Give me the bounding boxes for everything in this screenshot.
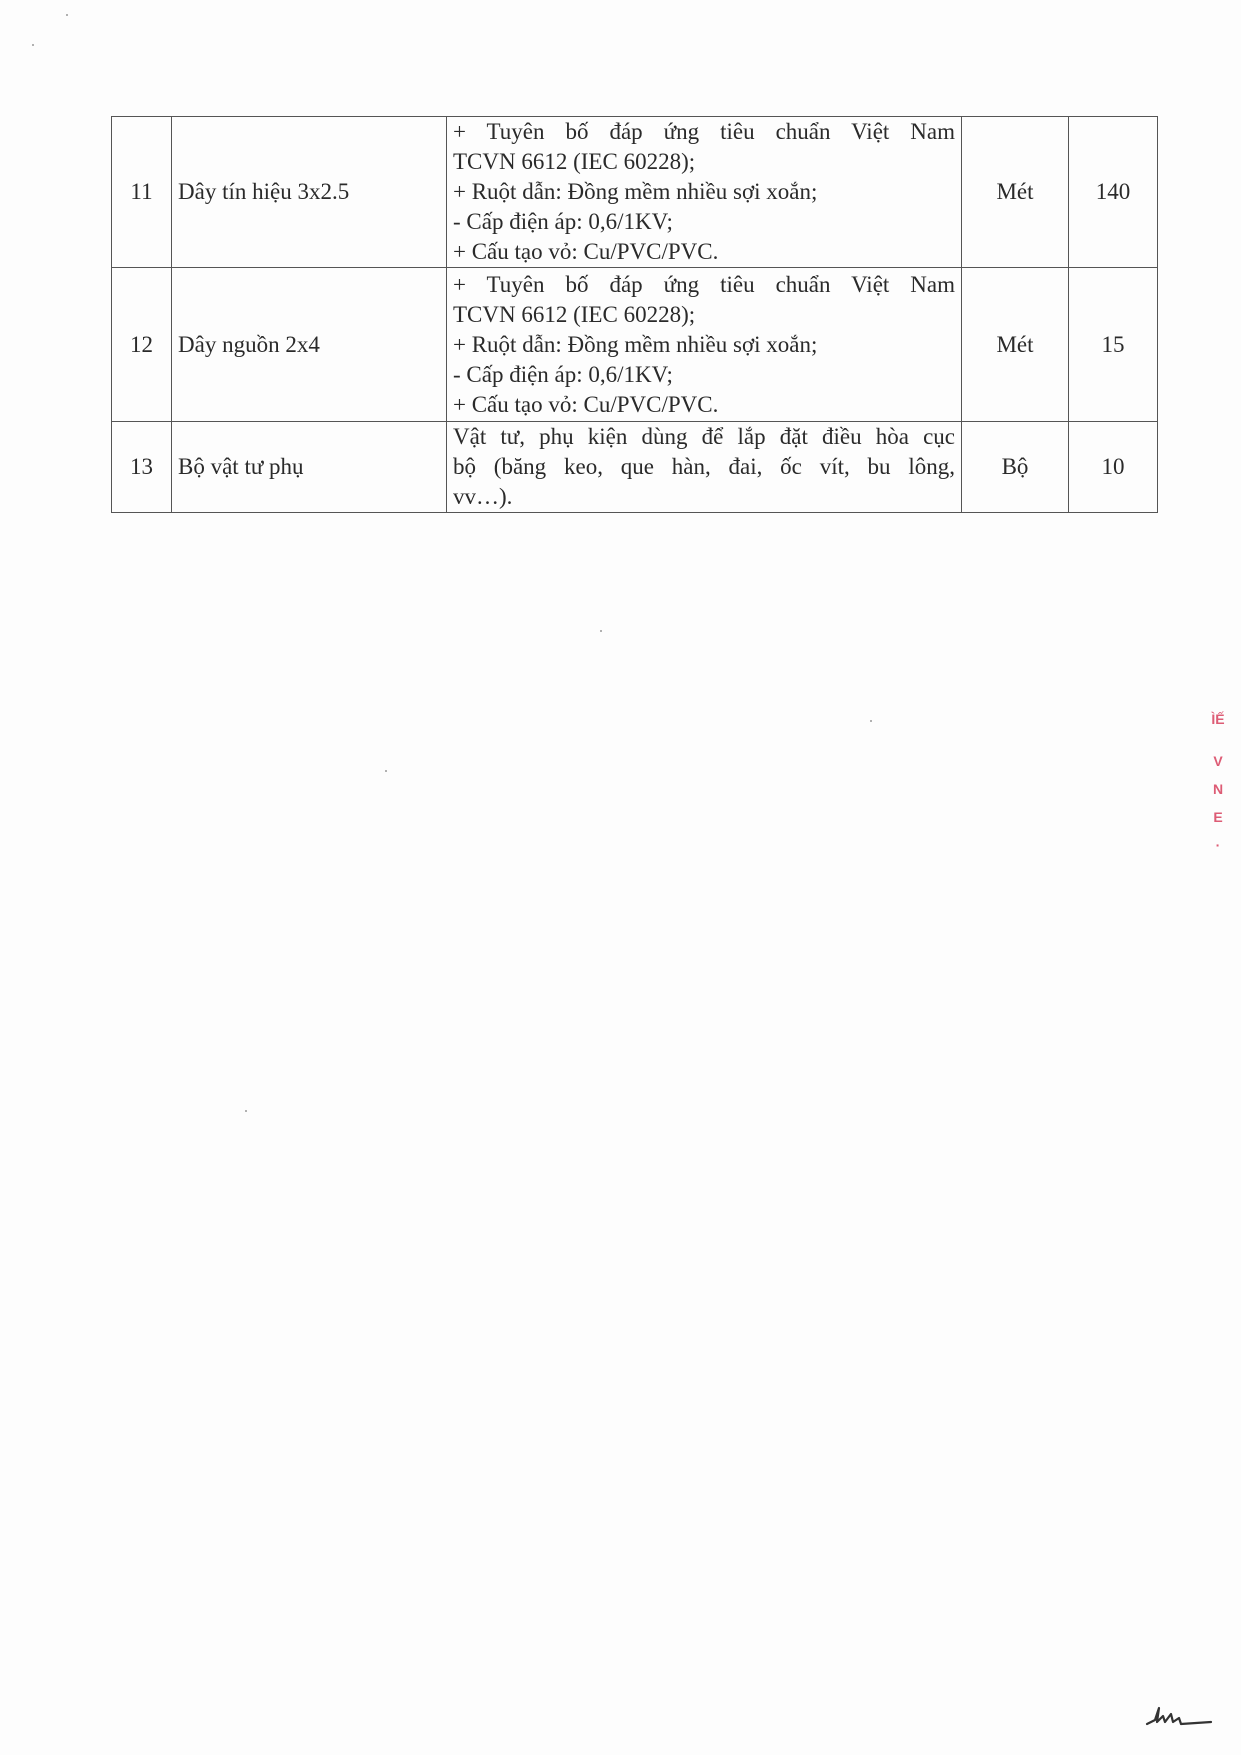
stamp-fragment: N <box>1208 775 1228 803</box>
item-quantity: 15 <box>1069 268 1158 422</box>
document-page: 11 Dây tín hiệu 3x2.5 + Tuyên bố đáp ứng… <box>0 0 1241 1755</box>
item-name: Bộ vật tư phụ <box>172 422 447 513</box>
table-row: 13 Bộ vật tư phụ Vật tư, phụ kiện dùng đ… <box>112 422 1158 513</box>
scan-speck <box>245 1110 247 1112</box>
item-unit: Mét <box>962 268 1069 422</box>
description-line: + Ruột dẫn: Đồng mềm nhiều sợi xoắn; <box>453 177 955 207</box>
description-line: - Cấp điện áp: 0,6/1KV; <box>453 360 955 390</box>
row-number: 13 <box>112 422 172 513</box>
stamp-fragment: E <box>1208 803 1228 831</box>
table-row: 12 Dây nguồn 2x4 + Tuyên bố đáp ứng tiêu… <box>112 268 1158 422</box>
description-line: TCVN 6612 (IEC 60228); <box>453 147 955 177</box>
description-line: + Tuyên bố đáp ứng tiêu chuẩn Việt Nam <box>453 270 955 300</box>
item-quantity: 10 <box>1069 422 1158 513</box>
item-description: + Tuyên bố đáp ứng tiêu chuẩn Việt Nam T… <box>447 268 962 422</box>
description-line: + Ruột dẫn: Đồng mềm nhiều sợi xoắn; <box>453 330 955 360</box>
description-line: + Cấu tạo vỏ: Cu/PVC/PVC. <box>453 237 955 267</box>
item-description: + Tuyên bố đáp ứng tiêu chuẩn Việt Nam T… <box>447 117 962 268</box>
description-line: + Cấu tạo vỏ: Cu/PVC/PVC. <box>453 390 955 420</box>
specification-table: 11 Dây tín hiệu 3x2.5 + Tuyên bố đáp ứng… <box>111 116 1158 513</box>
scan-speck <box>66 14 68 16</box>
item-quantity: 140 <box>1069 117 1158 268</box>
description-line: - Cấp điện áp: 0,6/1KV; <box>453 207 955 237</box>
description-line: bộ (băng keo, que hàn, đai, ốc vít, bu l… <box>453 452 955 482</box>
red-seal-stamp-fragment: ÌẾ V N E · <box>1208 705 1228 859</box>
scan-speck <box>32 44 34 46</box>
row-number: 11 <box>112 117 172 268</box>
item-unit: Mét <box>962 117 1069 268</box>
item-description: Vật tư, phụ kiện dùng để lắp đặt điều hò… <box>447 422 962 513</box>
description-line: + Tuyên bố đáp ứng tiêu chuẩn Việt Nam <box>453 117 955 147</box>
item-name: Dây tín hiệu 3x2.5 <box>172 117 447 268</box>
stamp-fragment: ÌẾ <box>1208 705 1228 733</box>
item-name: Dây nguồn 2x4 <box>172 268 447 422</box>
item-unit: Bộ <box>962 422 1069 513</box>
description-line: TCVN 6612 (IEC 60228); <box>453 300 955 330</box>
signature-mark <box>1145 1700 1215 1730</box>
stamp-fragment: V <box>1208 747 1228 775</box>
description-line: Vật tư, phụ kiện dùng để lắp đặt điều hò… <box>453 422 955 452</box>
table-row: 11 Dây tín hiệu 3x2.5 + Tuyên bố đáp ứng… <box>112 117 1158 268</box>
stamp-fragment: · <box>1208 831 1228 859</box>
scan-speck <box>385 770 387 772</box>
description-line: vv…). <box>453 482 955 512</box>
scan-speck <box>600 630 602 632</box>
scan-speck <box>870 720 872 722</box>
row-number: 12 <box>112 268 172 422</box>
